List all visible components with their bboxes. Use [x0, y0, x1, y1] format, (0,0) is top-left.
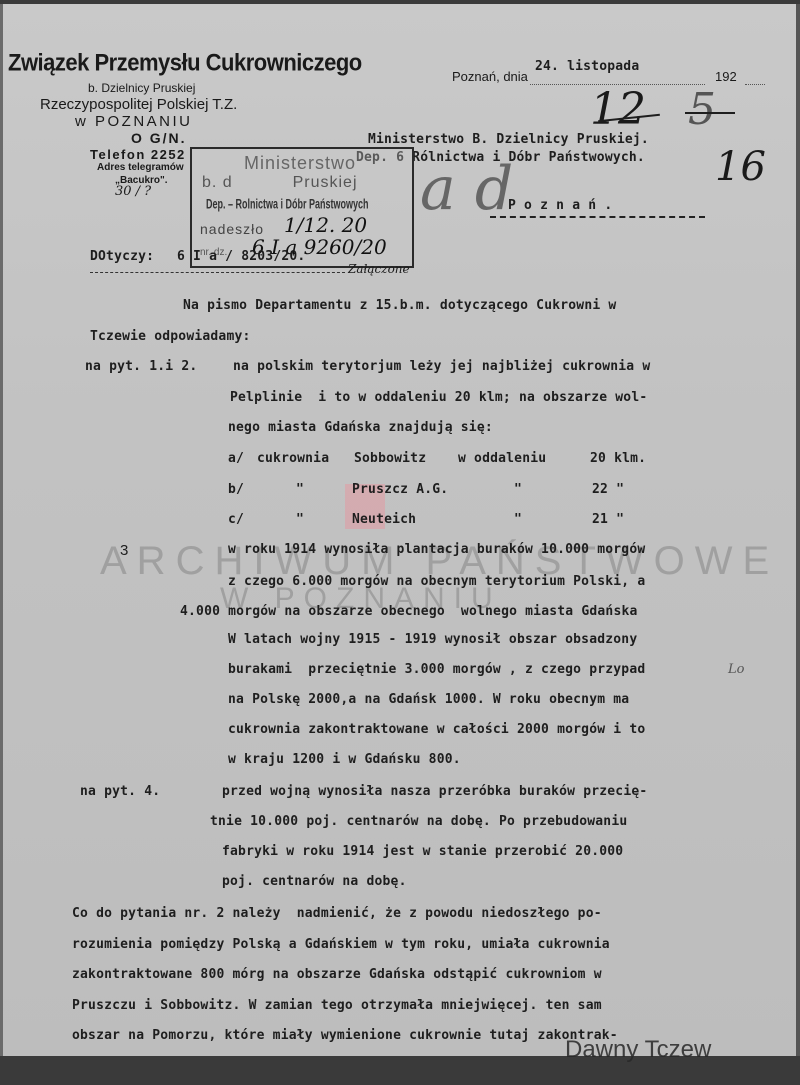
q3-line: 4.000 morgów na obszarze obecnego wolneg…: [180, 604, 638, 619]
q12-line: na polskim terytorjum leży jej najbliżej…: [233, 359, 650, 374]
letterhead-telegram-label: Adres telegramów: [97, 162, 184, 173]
city-underline: [490, 216, 705, 218]
closing-line: Pruszczu i Sobbowitz. W zamian tego otrz…: [72, 998, 602, 1013]
q3-label: 3: [120, 542, 129, 559]
q3-line: cukrownia zakontraktowane w całości 2000…: [228, 722, 645, 737]
q3-line: z czego 6.000 morgów na obecnym terytori…: [228, 574, 645, 589]
reference-label: DOtyczy:: [90, 249, 154, 264]
handwritten-correction: Lo: [728, 662, 744, 677]
factory-dist-label: ": [514, 512, 522, 527]
stamp-received-value: 1/12. 20: [284, 213, 367, 237]
letterhead-line1: b. Dzielnicy Pruskiej: [88, 81, 195, 95]
factory-dist-label: w oddaleniu: [458, 451, 546, 466]
stamp-line1: Ministerstwo: [244, 153, 356, 174]
factory-marker: c/: [228, 512, 244, 527]
handwritten-page-number: 16: [715, 144, 766, 190]
handwritten-crossed-number-2: 5: [688, 84, 716, 135]
q12-line: Pelplinie i to w oddaleniu 20 klm; na ob…: [230, 390, 647, 405]
letterhead-ref: O G/N.: [131, 130, 187, 146]
recipient-line1: Ministerstwo B. Dzielnicy Pruskiej.: [368, 132, 649, 147]
factory-name: Pruszcz A.G.: [352, 482, 448, 497]
factory-prefix: ": [296, 482, 304, 497]
strike-line-2: [685, 112, 735, 114]
closing-line: Co do pytania nr. 2 należy nadmienić, że…: [72, 906, 602, 921]
q4-line: fabryki w roku 1914 jest w stanie przero…: [222, 844, 623, 859]
reference-value: 6 I a / 8203/20.: [177, 249, 305, 264]
q4-line: przed wojną wynosiła nasza przeróbka bur…: [222, 784, 647, 799]
handwritten-signature: Załączone: [348, 262, 410, 276]
letterhead-line3: w POZNANIU: [75, 113, 193, 130]
q4-label: na pyt. 4.: [80, 784, 160, 799]
factory-prefix: ": [296, 512, 304, 527]
stamp-line3: Dep. – Rolnictwa i Dóbr Państwowych: [206, 197, 369, 212]
q3-line: burakami przeciętnie 3.000 morgów , z cz…: [228, 662, 645, 677]
letterhead-phone: Telefon 2252: [90, 147, 186, 162]
factory-name: Neuteich: [352, 512, 416, 527]
factory-distance: 20 klm.: [590, 451, 646, 466]
closing-line: zakontraktowane 800 mórg na obszarze Gda…: [72, 967, 602, 982]
factory-marker: a/: [228, 451, 244, 466]
q12-line: nego miasta Gdańska znajdują się:: [228, 420, 493, 435]
intro-line1: Na pismo Departamentu z 15.b.m. dotycząc…: [183, 298, 616, 313]
factory-dist-label: ": [514, 482, 522, 497]
q3-line: w kraju 1200 i w Gdańsku 800.: [228, 752, 461, 767]
handwritten-crossed-number: 12: [590, 84, 646, 135]
q12-label: na pyt. 1.i 2.: [85, 359, 197, 374]
letterhead-line2: Rzeczypospolitej Polskiej T.Z.: [40, 96, 237, 113]
factory-prefix: cukrownia: [257, 451, 329, 466]
q4-line: poj. centnarów na dobę.: [222, 874, 407, 889]
dateline-year: 192: [715, 69, 737, 84]
dateline-place: Poznań, dnia: [452, 69, 528, 84]
factory-distance: 21 ": [592, 512, 624, 527]
intro-line2: Tczewie odpowiadamy:: [90, 329, 251, 344]
factory-name: Sobbowitz: [354, 451, 426, 466]
margin-note: 30 / ?: [115, 184, 151, 199]
letterhead-org-name: Związek Przemysłu Cukrowniczego: [8, 49, 362, 78]
q4-line: tnie 10.000 poj. centnarów na dobę. Po p…: [210, 814, 627, 829]
reference-underline: [90, 272, 345, 273]
q3-line: w roku 1914 wynosiła plantacja buraków 1…: [228, 542, 645, 557]
factory-distance: 22 ": [592, 482, 624, 497]
recipient-city: P o z n a ń .: [508, 198, 612, 213]
q3-line: na Polskę 2000,a na Gdańsk 1000. W roku …: [228, 692, 629, 707]
q3-line: W latach wojny 1915 - 1919 wynosił obsza…: [228, 632, 637, 647]
closing-line: rozumienia pomiędzy Polską a Gdańskiem w…: [72, 937, 610, 952]
stamp-line2: b. d Pruskiej: [202, 174, 358, 192]
scanned-letter: Związek Przemysłu Cukrowniczego b. Dziel…: [0, 4, 800, 1056]
site-watermark: Dawny Tczew: [565, 1036, 711, 1064]
dateline-date: 24. listopada: [535, 59, 639, 74]
factory-marker: b/: [228, 482, 244, 497]
year-dots: [745, 84, 765, 85]
closing-line: obszar na Pomorzu, które miały wymienion…: [72, 1028, 618, 1043]
